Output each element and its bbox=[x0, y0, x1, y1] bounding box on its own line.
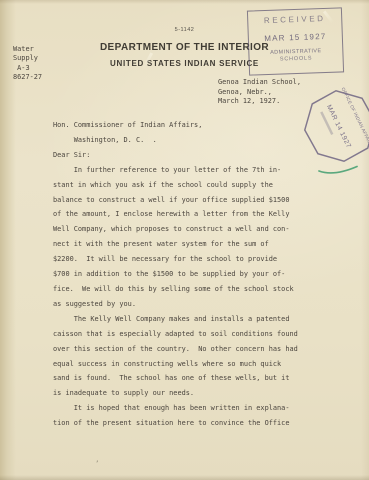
dateline-line: Genoa Indian School, bbox=[218, 78, 301, 88]
dateline-line: Genoa, Nebr., bbox=[218, 88, 301, 98]
file-reference-line: Water bbox=[13, 45, 42, 54]
letter-line: nect it with the present water system fo… bbox=[53, 237, 298, 252]
received-stamp-office2: SCHOOLS bbox=[280, 55, 313, 62]
letter-line: Dear Sir: bbox=[53, 148, 298, 163]
octagon-outline bbox=[299, 85, 369, 166]
scanned-letter-page: 5-1142 DEPARTMENT OF THE INTERIOR UNITED… bbox=[0, 0, 369, 480]
letter-line: tion of the present situation here to co… bbox=[53, 416, 298, 431]
letter-line: It is hoped that enough has been written… bbox=[53, 401, 298, 416]
letter-line: balance to construct a well if your offi… bbox=[53, 193, 298, 208]
letter-line: sand is found. The school has one of the… bbox=[53, 371, 298, 386]
letter-line: of the amount, I enclose herewith a lett… bbox=[53, 207, 298, 222]
received-stamp-title: RECEIVED bbox=[264, 14, 326, 25]
letter-line: equal success in constructing wells wher… bbox=[53, 357, 298, 372]
letter-line: as suggested by you. bbox=[53, 297, 298, 312]
letter-line: over this section of the country. No oth… bbox=[53, 342, 298, 357]
letter-line: stant in which you ask if the school cou… bbox=[53, 178, 298, 193]
received-stamp-date: MAR 15 1927 bbox=[264, 32, 326, 43]
stray-ink-mark: ’ bbox=[95, 460, 99, 468]
dateline-block: Genoa Indian School,Genoa, Nebr.,March 1… bbox=[218, 78, 301, 107]
letter-line: $2200. It will be necessary for the scho… bbox=[53, 252, 298, 267]
letter-line: Well Company, which proposes to construc… bbox=[53, 222, 298, 237]
office-indian-affairs-stamp: OFFICE OF INDIAN AFFAIRS MAR 14 1927 bbox=[292, 78, 369, 174]
file-reference-line: A-3 bbox=[13, 64, 42, 73]
file-reference-line: Supply bbox=[13, 54, 42, 63]
letter-line: In further reference to your letter of t… bbox=[53, 163, 298, 178]
green-checkmark bbox=[318, 164, 360, 178]
letter-line: is inadequate to supply our needs. bbox=[53, 386, 298, 401]
letter-line: caisson that is especially adapted to so… bbox=[53, 327, 298, 342]
letter-line: Hon. Commissioner of Indian Affairs, bbox=[53, 118, 298, 133]
letter-line: The Kelly Well Company makes and install… bbox=[53, 312, 298, 327]
file-reference-line: 8627-27 bbox=[13, 73, 42, 82]
letter-line: $700 in addition to the $1500 to be supp… bbox=[53, 267, 298, 282]
letter-line: fice. We will do this by selling some of… bbox=[53, 282, 298, 297]
dateline-line: March 12, 1927. bbox=[218, 97, 301, 107]
letter-line: Washington, D. C. . bbox=[53, 133, 298, 148]
file-reference-block: WaterSupply A-38627-27 bbox=[13, 45, 42, 82]
received-stamp-office1: ADMINISTRATIVE bbox=[270, 48, 322, 56]
letter-body: Hon. Commissioner of Indian Affairs, Was… bbox=[53, 118, 298, 431]
